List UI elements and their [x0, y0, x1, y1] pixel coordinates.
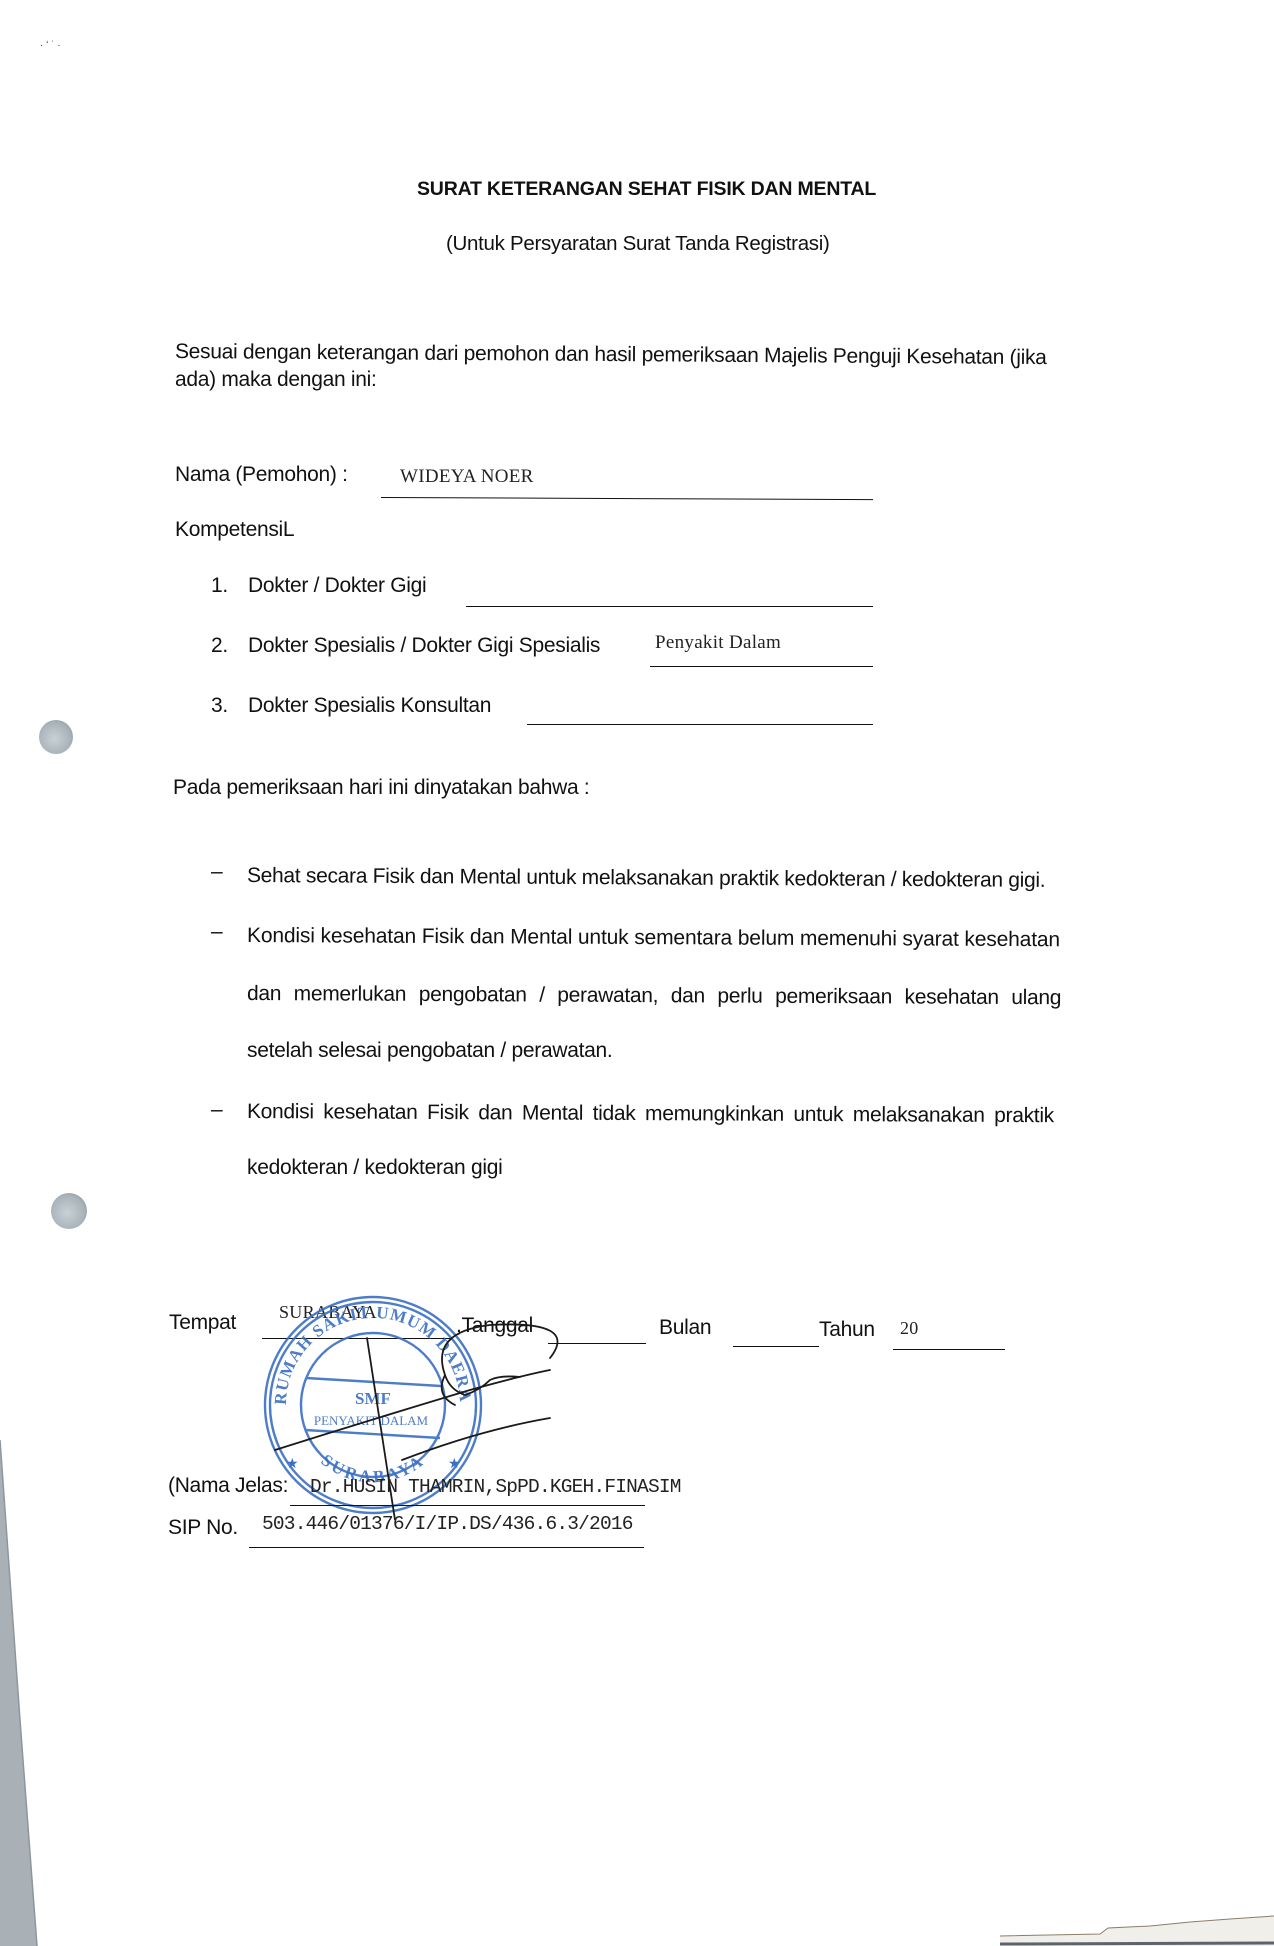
competency-number: 2.	[211, 634, 228, 658]
scan-specks: · ʻ ˙ ·	[40, 40, 61, 51]
place-label: Tempat	[169, 1311, 236, 1335]
year-label: Tahun	[819, 1318, 875, 1342]
competency-number: 3.	[211, 694, 228, 718]
punch-hole-icon	[51, 1193, 87, 1229]
year-field[interactable]: 20	[900, 1318, 919, 1339]
document-title: SURAT KETERANGAN SEHAT FISIK DAN MENTAL	[417, 178, 876, 201]
statement-line: Kondisi kesehatan Fisik dan Mental tidak…	[247, 1100, 1054, 1128]
name-field[interactable]: WIDEYA NOER	[400, 466, 534, 488]
name-underline	[381, 497, 873, 500]
sip-label: SIP No.	[168, 1516, 238, 1540]
month-label: Bulan	[659, 1316, 711, 1340]
dash-bullet: –	[211, 860, 222, 884]
statement-line: dan memerlukan pengobatan / perawatan, d…	[247, 982, 1061, 1010]
name-label: Nama (Pemohon) :	[175, 463, 348, 487]
intro-line-2: ada) maka dengan ini:	[175, 368, 377, 392]
intro-line-1: Sesuai dengan keterangan dari pemohon da…	[175, 340, 1047, 370]
document-subtitle: (Untuk Persyaratan Surat Tanda Registras…	[446, 232, 830, 256]
competency-label-text: Dokter / Dokter Gigi	[248, 574, 426, 598]
dash-bullet: –	[211, 1098, 222, 1122]
competency-number: 1.	[211, 574, 228, 598]
sip-underline	[249, 1547, 644, 1548]
competency-label-text: Dokter Spesialis / Dokter Gigi Spesialis	[248, 634, 600, 658]
torn-paper-edge	[1000, 1906, 1274, 1946]
statement-line: Kondisi kesehatan Fisik dan Mental untuk…	[247, 924, 1060, 952]
full-name-underline	[290, 1505, 645, 1506]
statement-line: kedokteran / kedokteran gigi	[247, 1156, 502, 1180]
statement-line: setelah selesai pengobatan / perawatan.	[247, 1039, 612, 1063]
full-name-field[interactable]: Dr.HUSIN THAMRIN,SpPD.KGEH.FINASIM	[310, 1476, 681, 1498]
competency-field[interactable]: Penyakit Dalam	[655, 632, 781, 654]
statement-line: Sehat secara Fisik dan Mental untuk mela…	[247, 864, 1045, 893]
competency-label: KompetensiL	[175, 518, 294, 542]
sip-field[interactable]: 503.446/01376/I/IP.DS/436.6.3/2016	[262, 1513, 633, 1535]
competency-underline	[650, 666, 873, 667]
competency-underline	[466, 606, 873, 607]
year-underline	[893, 1349, 1005, 1350]
full-name-label: (Nama Jelas:	[168, 1474, 288, 1498]
dash-bullet: –	[211, 920, 222, 944]
punch-hole-icon	[39, 720, 73, 754]
month-underline[interactable]	[733, 1346, 819, 1347]
competency-underline	[527, 724, 873, 725]
scanner-edge-shadow	[0, 0, 60, 1946]
competency-label-text: Dokter Spesialis Konsultan	[248, 694, 491, 718]
statement-intro: Pada pemeriksaan hari ini dinyatakan bah…	[173, 776, 589, 800]
